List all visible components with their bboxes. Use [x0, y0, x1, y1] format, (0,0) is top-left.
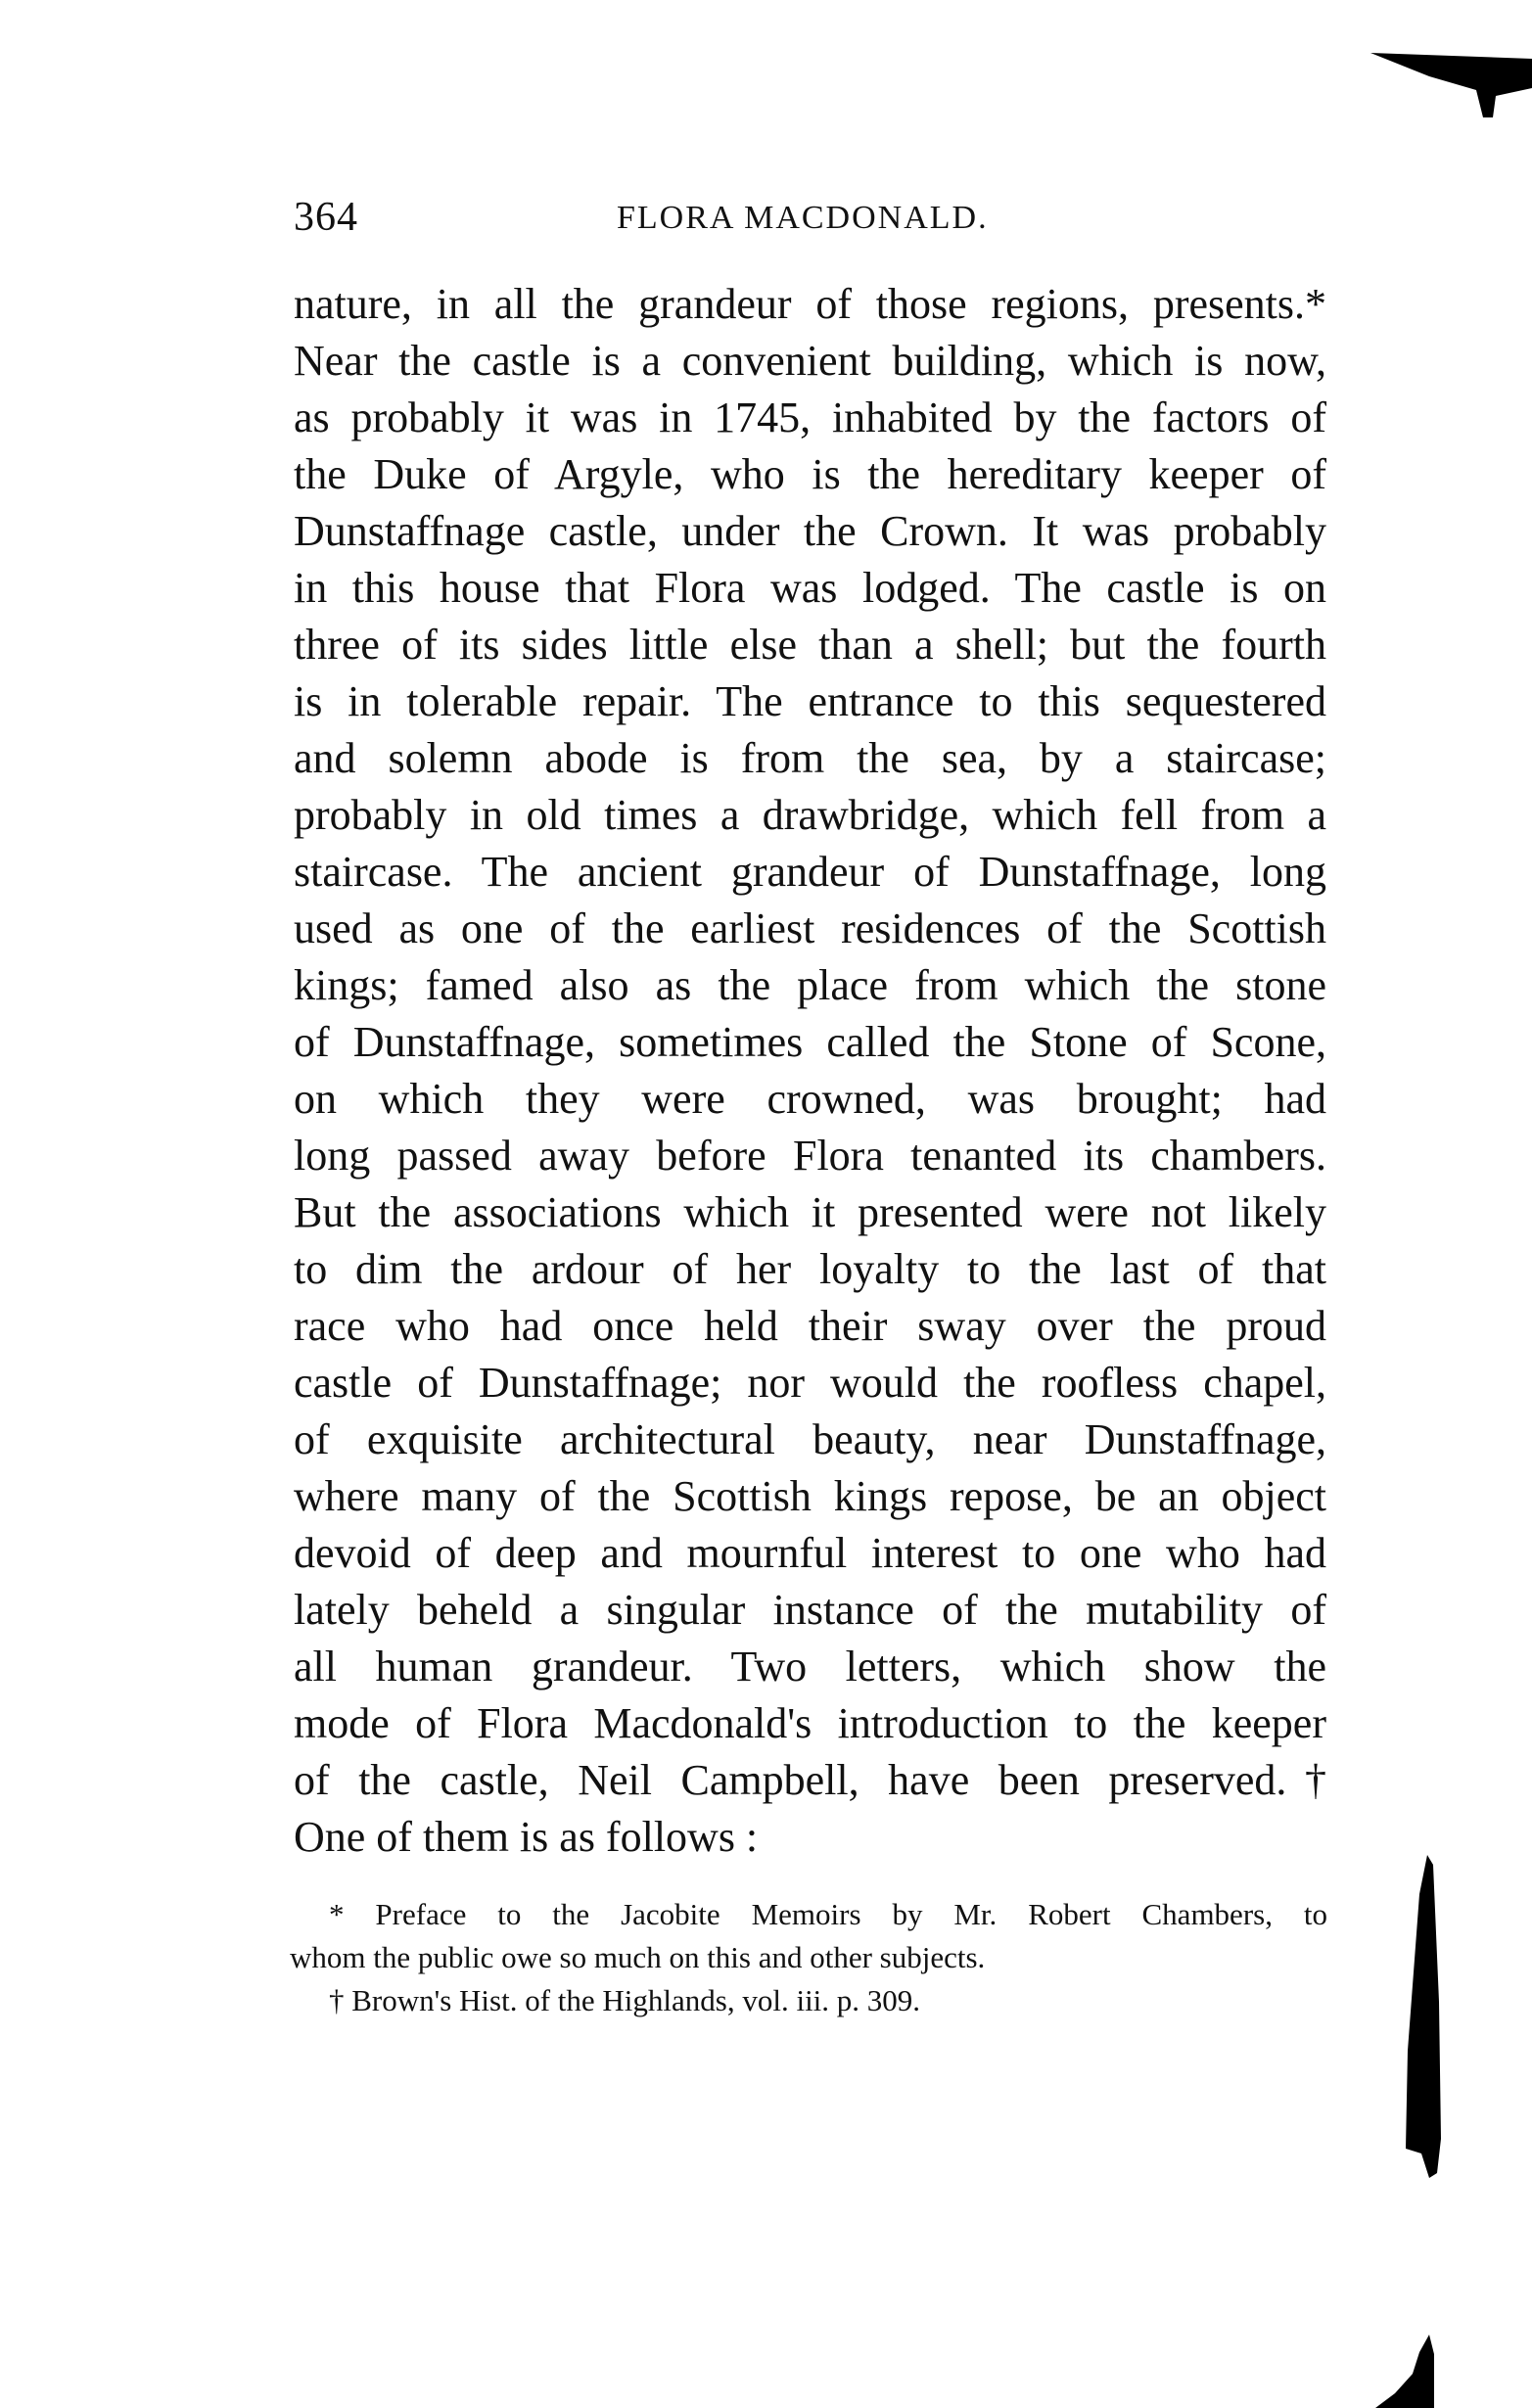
footnote-asterisk: * Preface to the Jacobite Memoirs by Mr.… [290, 1895, 1327, 1934]
body-line: probably in old times a drawbridge, whic… [294, 791, 1326, 840]
body-line: as probably it was in 1745, inhabited by… [294, 394, 1326, 442]
body-line: to dim the ardour of her loyalty to the … [294, 1245, 1326, 1294]
body-line: of Dunstaffnage, sometimes called the St… [294, 1018, 1326, 1067]
scan-edge-shadow-top-icon [1370, 49, 1532, 122]
body-line: three of its sides little else than a sh… [294, 621, 1326, 670]
running-title: FLORA MACDONALD. [617, 200, 989, 237]
body-line: the Duke of Argyle, who is the hereditar… [294, 450, 1326, 499]
footnote-asterisk-continued: whom the public owe so much on this and … [290, 1938, 1327, 1977]
body-line: Dunstaffnage castle, under the Crown. It… [294, 507, 1326, 556]
body-line: race who had once held their sway over t… [294, 1302, 1326, 1351]
body-line: Near the castle is a convenient building… [294, 337, 1326, 386]
body-line: staircase. The ancient grandeur of Dunst… [294, 848, 1326, 897]
body-line: kings; famed also as the place from whic… [294, 961, 1326, 1010]
body-line: mode of Flora Macdonald's introduction t… [294, 1699, 1326, 1748]
scan-edge-shadow-bottom-icon [1375, 2335, 1439, 2408]
body-line: long passed away before Flora tenanted i… [294, 1132, 1326, 1181]
body-line: But the associations which it presented … [294, 1188, 1326, 1237]
body-line: used as one of the earliest residences o… [294, 904, 1326, 953]
body-line: of exquisite architectural beauty, near … [294, 1415, 1326, 1464]
scan-edge-shadow-middle-icon [1400, 1855, 1454, 2178]
body-line: nature, in all the grandeur of those reg… [294, 280, 1326, 329]
body-line: is in tolerable repair. The entrance to … [294, 677, 1326, 726]
body-line: lately beheld a singular instance of the… [294, 1586, 1326, 1635]
body-line: in this house that Flora was lodged. The… [294, 564, 1326, 613]
body-line-last: One of them is as follows : [294, 1813, 1326, 1862]
body-line: all human grandeur. Two letters, which s… [294, 1643, 1326, 1691]
body-line: and solemn abode is from the sea, by a s… [294, 734, 1326, 783]
body-line: devoid of deep and mournful interest to … [294, 1529, 1326, 1578]
footnote-dagger: † Brown's Hist. of the Highlands, vol. i… [290, 1981, 1327, 2020]
running-head: 364 FLORA MACDONALD. [294, 194, 1326, 253]
body-line: castle of Dunstaffnage; nor would the ro… [294, 1359, 1326, 1408]
book-page: 364 FLORA MACDONALD. nature, in all the … [0, 0, 1532, 2408]
body-line: where many of the Scottish kings repose,… [294, 1472, 1326, 1521]
body-line: on which they were crowned, was brought;… [294, 1075, 1326, 1124]
page-number: 364 [294, 194, 358, 241]
body-line: of the castle, Neil Campbell, have been … [294, 1756, 1326, 1805]
